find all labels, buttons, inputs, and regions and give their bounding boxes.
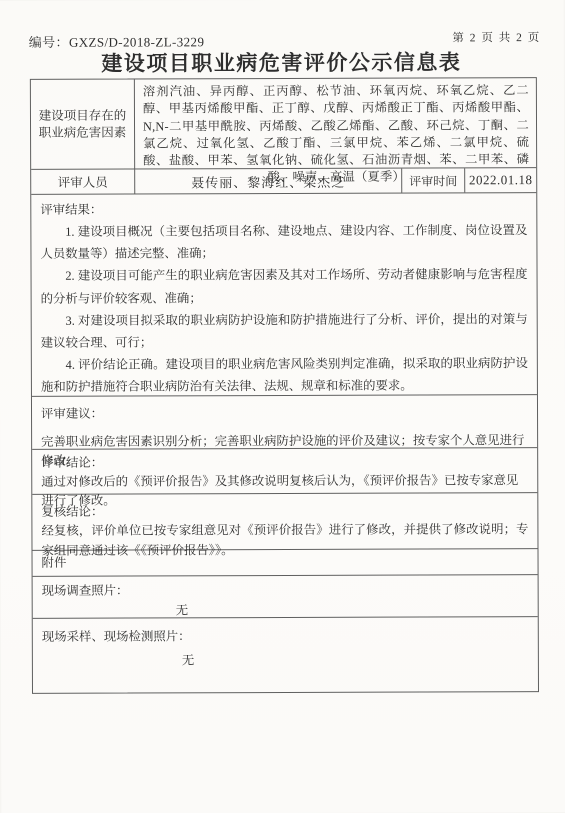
review-results-item-4: 4. 评价结论正确。建设项目的职业病危害风险类别判定准确，拟采取的职业病防护设施… <box>41 352 528 398</box>
review-results-section: 评审结果： 1. 建设项目概况（主要包括项目名称、建设地点、建设内容、工作制度、… <box>31 192 537 396</box>
review-suggestion-heading: 评审建议： <box>41 403 528 424</box>
info-table: 建设项目存在的职业病危害因素 溶剂汽油、异丙醇、正丙醇、松节油、环氧丙烷、环氧乙… <box>30 77 539 694</box>
hazard-factors-value: 溶剂汽油、异丙醇、正丙醇、松节油、环氧丙烷、环氧乙烷、乙二醇、甲基丙烯酸甲酯、正… <box>134 78 536 168</box>
reviewers-names: 聂传丽、黎海红、梁杰芝 <box>134 169 401 194</box>
site-survey-photos-label: 现场调查照片： <box>42 581 529 600</box>
hazard-factors-row: 建设项目存在的职业病危害因素 溶剂汽油、异丙醇、正丙醇、松节油、环氧丙烷、环氧乙… <box>31 78 536 169</box>
reviewers-row: 评审人员 聂传丽、黎海红、梁杰芝 评审时间 2022.01.18 <box>31 167 536 194</box>
page-indicator: 第 2 页 共 2 页 <box>452 29 540 45</box>
scanned-document-page: 编号：GXZS/D-2018-ZL-3229 第 2 页 共 2 页 建设项目职… <box>0 0 565 813</box>
review-conclusion-section: 评审结论： 通过对修改后的《预评价报告》及其修改说明复核后认为，《预评价报告》已… <box>32 447 537 494</box>
review-time-value: 2022.01.18 <box>464 168 536 192</box>
site-sampling-photos-label: 现场采样、现场检测照片： <box>42 627 529 646</box>
review-suggestion-section: 评审建议： 完善职业病危害因素识别分析；完善职业病防护设施的评价及建议；按专家个… <box>32 394 537 449</box>
review-conclusion-heading: 评审结论： <box>41 452 528 473</box>
site-sampling-photos-section: 现场采样、现场检测照片： 无 <box>33 616 538 693</box>
site-sampling-photos-value: 无 <box>42 650 529 670</box>
review-results-item-2: 2. 建设项目可能产生的职业病危害因素及其对工作场所、劳动者健康影响与危害程度的… <box>41 264 528 310</box>
review-results-heading: 评审结果： <box>40 197 527 221</box>
hazard-factors-label: 建设项目存在的职业病危害因素 <box>31 80 134 169</box>
review-results-item-1: 1. 建设项目概况（主要包括项目名称、建设地点、建设内容、工作制度、岗位设置及人… <box>40 219 527 265</box>
review-results-item-3: 3. 对建设项目拟采取的职业病防护设施和防护措施进行了分析、评价，提出的对策与建… <box>41 308 528 354</box>
reviewers-label: 评审人员 <box>31 170 134 194</box>
site-survey-photos-section: 现场调查照片： 无 <box>33 574 538 618</box>
page-title: 建设项目职业病危害评价公示信息表 <box>0 46 564 78</box>
review-time-label: 评审时间 <box>401 168 464 192</box>
